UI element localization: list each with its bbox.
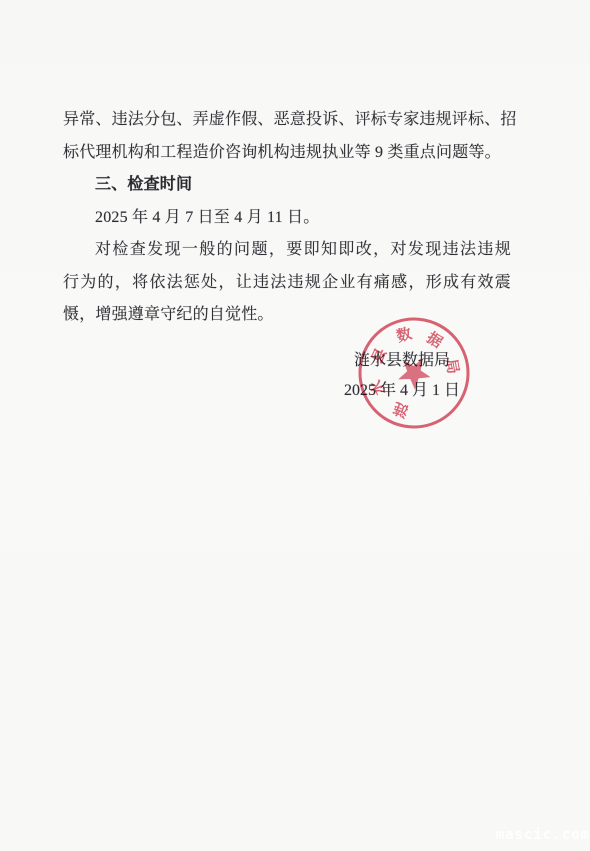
section-heading: 三、检查时间 <box>63 169 511 202</box>
watermark: mascic.com <box>496 827 590 843</box>
seal-char-3: 县 <box>368 346 390 367</box>
star-icon <box>391 350 436 394</box>
seal-char-2: 水 <box>368 377 389 397</box>
official-seal-stamp: 涟 水 县 数 据 局 <box>339 298 489 448</box>
seal-char-4: 数 <box>394 324 413 345</box>
seal-char-6: 局 <box>442 357 461 375</box>
body-line-6: 行为的，将依法惩处，让违法违规企业有痛感，形成有效震 <box>63 267 511 300</box>
seal-char-5: 据 <box>423 328 446 352</box>
body-line-2: 标代理机构和工程造价咨询机构违规执业等 9 类重点问题等。 <box>63 137 511 170</box>
body-line-5: 对检查发现一般的问题，要即知即改，对发现违法违规 <box>63 234 511 267</box>
body-line-1: 异常、违法分包、弄虚作假、恶意投诉、评标专家违规评标、招 <box>63 104 511 137</box>
scanned-document-page: 异常、违法分包、弄虚作假、恶意投诉、评标专家违规评标、招 标代理机构和工程造价咨… <box>0 0 590 851</box>
seal-char-1: 涟 <box>391 399 411 421</box>
body-line-4: 2025 年 4 月 7 日至 4 月 11 日。 <box>63 202 511 235</box>
